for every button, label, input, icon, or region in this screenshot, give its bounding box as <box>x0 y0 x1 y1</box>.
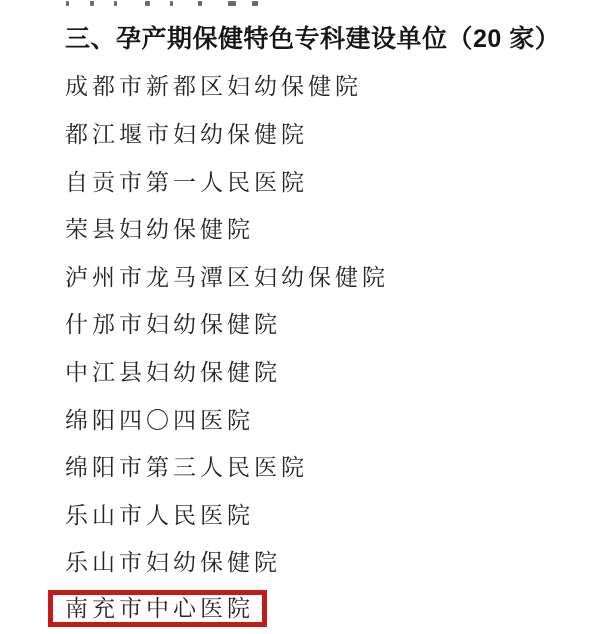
list-item: 中江县妇幼保健院 <box>0 347 598 395</box>
stroke-fragment <box>114 1 117 6</box>
highlighted-item-box[interactable]: 南充市中心医院 <box>48 590 267 627</box>
stroke-fragment <box>170 1 173 6</box>
list-item: 什邡市妇幼保健院 <box>0 299 598 347</box>
stroke-fragment <box>252 1 258 6</box>
document-body: 三、孕产期保健特色专科建设单位（20 家） 成都市新都区妇幼保健院 都江堰市妇幼… <box>0 0 598 632</box>
list-item: 绵阳四〇四医院 <box>0 394 598 442</box>
list-item: 南充市中心医院 <box>65 596 254 621</box>
list-item: 乐山市妇幼保健院 <box>0 537 598 585</box>
section-heading: 三、孕产期保健特色专科建设单位（20 家） <box>0 14 598 62</box>
list-item: 自贡市第一人民医院 <box>0 156 598 204</box>
stroke-fragment <box>198 1 202 6</box>
list-item: 乐山市人民医院 <box>0 490 598 538</box>
list-item: 泸州市龙马潭区妇幼保健院 <box>0 252 598 300</box>
list-item: 绵阳市第三人民医院 <box>0 442 598 490</box>
list-item: 荣县妇幼保健院 <box>0 204 598 252</box>
document-page: 三、孕产期保健特色专科建设单位（20 家） 成都市新都区妇幼保健院 都江堰市妇幼… <box>0 0 598 634</box>
stroke-fragment <box>228 1 236 6</box>
stroke-fragment <box>145 1 150 6</box>
highlighted-list-row: 南充市中心医院 <box>0 585 598 633</box>
list-item: 都江堰市妇幼保健院 <box>0 109 598 157</box>
stroke-fragment <box>90 1 94 6</box>
list-item: 成都市新都区妇幼保健院 <box>0 61 598 109</box>
cropped-line-fragment <box>0 1 598 8</box>
stroke-fragment <box>66 1 69 6</box>
